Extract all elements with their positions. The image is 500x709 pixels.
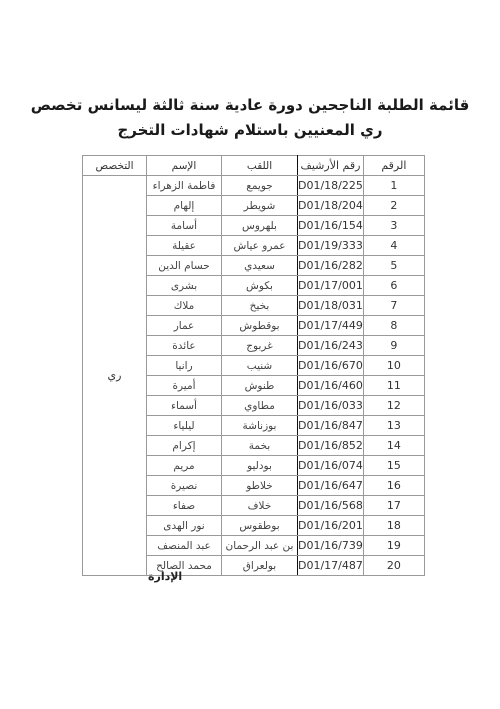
table-row: 1D01/18/225جويمعفاطمة الزهراءري [83, 176, 425, 196]
row-laqab: خلاطو [222, 476, 298, 496]
row-laqab: طنوش [222, 376, 298, 396]
archive-value: D01/16/201 [298, 519, 363, 532]
row-number: 7 [363, 296, 424, 316]
archive-value: D01/17/449 [298, 319, 363, 332]
row-archive-number: D01/18/225 [298, 176, 364, 196]
row-number: 4 [363, 236, 424, 256]
row-archive-number: D01/16/033 [298, 396, 364, 416]
archive-value: D01/16/074 [298, 459, 363, 472]
row-number: 15 [363, 456, 424, 476]
row-laqab: بخمة [222, 436, 298, 456]
row-number: 9 [363, 336, 424, 356]
archive-value: D01/16/154 [298, 219, 363, 232]
row-laqab: عمرو عياش [222, 236, 298, 256]
archive-value: D01/18/204 [298, 199, 363, 212]
table-header-row: الرقم رقم الأرشيف اللقب الإسم التخصص [83, 156, 425, 176]
archive-value: D01/16/739 [298, 539, 363, 552]
row-name: أسماء [147, 396, 222, 416]
row-laqab: بوطقوس [222, 516, 298, 536]
row-laqab: بلهروس [222, 216, 298, 236]
row-number: 1 [363, 176, 424, 196]
row-archive-number: D01/16/460 [298, 376, 364, 396]
row-number: 16 [363, 476, 424, 496]
row-archive-number: D01/16/852 [298, 436, 364, 456]
archive-value: D01/16/460 [298, 379, 363, 392]
administration-label: الإدارة [148, 570, 182, 583]
row-name: صفاء [147, 496, 222, 516]
archive-value: D01/17/001 [298, 279, 363, 292]
row-number: 12 [363, 396, 424, 416]
row-archive-number: D01/16/074 [298, 456, 364, 476]
archive-value: D01/16/568 [298, 499, 363, 512]
graduates-table: الرقم رقم الأرشيف اللقب الإسم التخصص 1D0… [82, 155, 425, 576]
row-laqab: جويمع [222, 176, 298, 196]
row-number: 13 [363, 416, 424, 436]
row-archive-number: D01/18/031 [298, 296, 364, 316]
archive-value: D01/16/852 [298, 439, 363, 452]
header-name: الإسم [147, 156, 222, 176]
row-name: أميرة [147, 376, 222, 396]
archive-value: D01/16/243 [298, 339, 363, 352]
row-name: حسام الدين [147, 256, 222, 276]
archive-value: D01/16/282 [298, 259, 363, 272]
row-specialty: ري [83, 176, 147, 576]
row-archive-number: D01/16/568 [298, 496, 364, 516]
row-number: 17 [363, 496, 424, 516]
row-number: 11 [363, 376, 424, 396]
row-laqab: بودليو [222, 456, 298, 476]
row-laqab: سعيدي [222, 256, 298, 276]
row-archive-number: D01/16/154 [298, 216, 364, 236]
row-name: نصيرة [147, 476, 222, 496]
row-archive-number: D01/19/333 [298, 236, 364, 256]
archive-value: D01/18/031 [298, 299, 363, 312]
row-name: بشرى [147, 276, 222, 296]
row-archive-number: D01/17/449 [298, 316, 364, 336]
row-number: 14 [363, 436, 424, 456]
row-number: 2 [363, 196, 424, 216]
row-number: 20 [363, 556, 424, 576]
archive-value: D01/16/647 [298, 479, 363, 492]
header-number: الرقم [363, 156, 424, 176]
row-archive-number: D01/16/847 [298, 416, 364, 436]
row-name: أسامة [147, 216, 222, 236]
row-archive-number: D01/16/647 [298, 476, 364, 496]
row-laqab: شويطر [222, 196, 298, 216]
row-name: عمار [147, 316, 222, 336]
row-name: ملاك [147, 296, 222, 316]
row-archive-number: D01/16/670 [298, 356, 364, 376]
row-number: 18 [363, 516, 424, 536]
row-laqab: خلاف [222, 496, 298, 516]
row-laqab: بخيخ [222, 296, 298, 316]
row-archive-number: D01/17/001 [298, 276, 364, 296]
row-archive-number: D01/16/282 [298, 256, 364, 276]
row-name: عبد المنصف [147, 536, 222, 556]
row-archive-number: D01/18/204 [298, 196, 364, 216]
row-laqab: بكوش [222, 276, 298, 296]
row-laqab: بوزناشة [222, 416, 298, 436]
row-name: رانيا [147, 356, 222, 376]
row-number: 3 [363, 216, 424, 236]
archive-value: D01/17/487 [298, 559, 363, 572]
header-archive: رقم الأرشيف [298, 156, 364, 176]
row-archive-number: D01/16/739 [298, 536, 364, 556]
row-name: مريم [147, 456, 222, 476]
archive-value: D01/16/033 [298, 399, 363, 412]
row-laqab: بن عبد الرحمان [222, 536, 298, 556]
archive-value: D01/18/225 [298, 179, 363, 192]
row-number: 19 [363, 536, 424, 556]
row-name: فاطمة الزهراء [147, 176, 222, 196]
document-title-line-2: ري المعنيين باستلام شهادات التخرج [0, 121, 500, 139]
row-name: إلهام [147, 196, 222, 216]
row-name: نور الهدى [147, 516, 222, 536]
row-laqab: غربوج [222, 336, 298, 356]
row-name: عقيلة [147, 236, 222, 256]
document-title-line-1: قائمة الطلبة الناجحين دورة عادية سنة ثال… [0, 96, 500, 114]
archive-value: D01/19/333 [298, 239, 363, 252]
row-archive-number: D01/16/201 [298, 516, 364, 536]
row-name: عائدة [147, 336, 222, 356]
row-laqab: شنيب [222, 356, 298, 376]
header-specialty: التخصص [83, 156, 147, 176]
row-name: ليلياء [147, 416, 222, 436]
row-number: 5 [363, 256, 424, 276]
archive-value: D01/16/670 [298, 359, 363, 372]
row-number: 8 [363, 316, 424, 336]
row-laqab: بولعراق [222, 556, 298, 576]
row-archive-number: D01/17/487 [298, 556, 364, 576]
header-laqab: اللقب [222, 156, 298, 176]
row-laqab: بوقطوش [222, 316, 298, 336]
archive-value: D01/16/847 [298, 419, 363, 432]
row-number: 6 [363, 276, 424, 296]
row-laqab: مطاوي [222, 396, 298, 416]
row-name: إكرام [147, 436, 222, 456]
row-number: 10 [363, 356, 424, 376]
row-archive-number: D01/16/243 [298, 336, 364, 356]
